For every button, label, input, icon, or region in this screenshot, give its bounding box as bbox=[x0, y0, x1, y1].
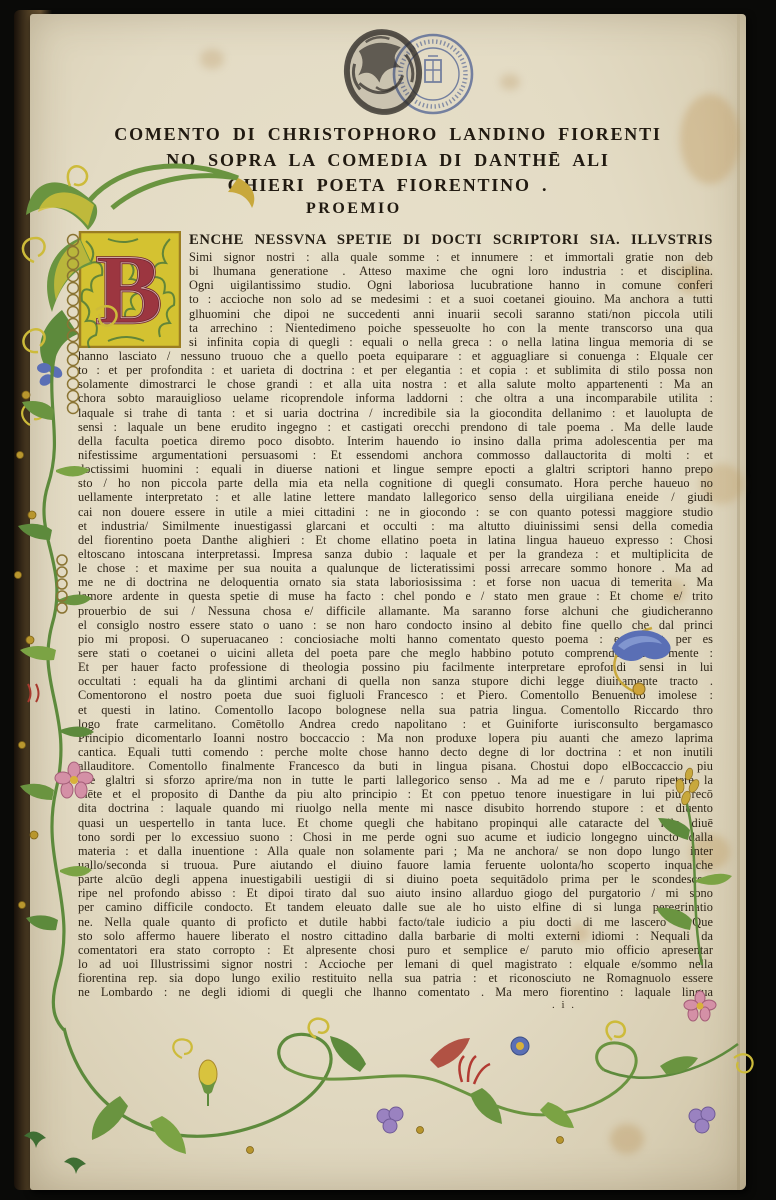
body-line: Simi signor nostri : alla quale somme : … bbox=[189, 250, 713, 264]
title-line: COMENTO DI CHRISTOPHORO LANDINO FIORENTI bbox=[88, 122, 688, 148]
body-line: tono sordi per lo excessiuo suono : Chos… bbox=[78, 830, 713, 844]
body-line: sto solo affermo hauere liberato el nost… bbox=[78, 929, 713, 943]
drop-cap-highlight: B bbox=[96, 234, 163, 345]
body-line: chora sobto marauiglioso uelame ricopren… bbox=[78, 391, 713, 405]
body-line: hanno lasciato / nessuno truouo che a qu… bbox=[78, 349, 713, 363]
body-line: uallo/seconda si truoua. Pure aiutando e… bbox=[78, 858, 713, 872]
body-line: le chose : et maxime per sua nouita a qu… bbox=[78, 561, 713, 575]
body-line: lamore ardente in questa spetie di muse … bbox=[78, 589, 713, 603]
title-line: NO SOPRA LA COMEDIA DI DANTHĒ ALI bbox=[88, 148, 688, 174]
section-heading: PROEMIO bbox=[306, 200, 402, 218]
body-line: et questi in latino. Comentollo Iacopo b… bbox=[78, 703, 713, 717]
body-line: che glaltri si sforzo aprire/ma non in t… bbox=[78, 773, 713, 787]
body-line: cantica. Equali tutti comendo : perche m… bbox=[78, 745, 713, 759]
body-line: ripe nel profondo abisso : Et dipoi tira… bbox=[78, 886, 713, 900]
body-line: doctissimi huomini : equali in diuerse n… bbox=[78, 462, 713, 476]
body-line: Ogni uigilantissimo studio. Ogni laborio… bbox=[189, 278, 713, 292]
body-line: ne Lombardo : ne degli idiomi di quegli … bbox=[78, 985, 713, 999]
body-line: della faculta poetica diremo poco disobt… bbox=[78, 434, 713, 448]
scanned-book-page: COMENTO DI CHRISTOPHORO LANDINO FIORENTI… bbox=[0, 0, 776, 1200]
body-line: Et per hauer facto professione di theolo… bbox=[78, 660, 713, 674]
body-line: ne. Nella quale quanto di proficto et du… bbox=[78, 915, 713, 929]
body-line: sere stati o coetanei o uicini alleta de… bbox=[78, 646, 713, 660]
body-line: et industria/ Similmente inuestigassi gl… bbox=[78, 519, 713, 533]
body-line: laquale si trahe di tanta : et si uaria … bbox=[78, 406, 713, 420]
foxing-stain bbox=[200, 49, 224, 69]
page-right-edge bbox=[737, 14, 740, 1190]
body-line: del fiorentino poeta Danthe alighieri : … bbox=[78, 533, 713, 547]
foxing-stain bbox=[610, 1124, 644, 1154]
body-line: to : et per profondita : et uarieta di d… bbox=[78, 363, 713, 377]
title-line: GHIERI POETA FIORENTINO . bbox=[88, 173, 688, 199]
body-line: uellamente interpretato : et alle latine… bbox=[78, 490, 713, 504]
body-line: solamente dimostrarci le chose grandi : … bbox=[78, 377, 713, 391]
body-line: si infinita copia di quegli : equali o n… bbox=[189, 335, 713, 349]
body-line: per camino difficile condocto. Et tandem… bbox=[78, 900, 713, 914]
body-line: to : accioche non solo ad se medesimi : … bbox=[189, 292, 713, 306]
body-line: Comentorono el nostro poeta due suoi fig… bbox=[78, 688, 713, 702]
body-line: nifestissime argumentationi persuasomi :… bbox=[78, 448, 713, 462]
text-block: B B ENCHE NESSVNA SPETIE DI DOCTI SCRIPT… bbox=[78, 230, 713, 999]
body-line: ta arrechino : Nientedimeno poiche spess… bbox=[189, 321, 713, 335]
body-line: pio mi proposi. O superuacaneo : concios… bbox=[78, 632, 713, 646]
body-line: occultati : equali ha da glintimi archan… bbox=[78, 674, 713, 688]
body-line: el consiglo nostro essere stato o uano :… bbox=[78, 618, 713, 632]
body-lines: hanno lasciato / nessuno truouo che a qu… bbox=[78, 349, 713, 999]
body-line: Principio dicomentarlo Ioanni nostro boc… bbox=[78, 731, 713, 745]
body-line: materia : et dalla inuentione : Alla qua… bbox=[78, 844, 713, 858]
body-line: logo frate carmelitano. Comētollo Andrea… bbox=[78, 717, 713, 731]
foxing-stain bbox=[500, 74, 520, 90]
body-line: allauditore. Comentollo finalmente Franc… bbox=[78, 759, 713, 773]
body-line: fiorentina rep. sia dopo lungo exilio re… bbox=[78, 971, 713, 985]
body-line: quasi un uespertello in tanta luce. Et c… bbox=[78, 816, 713, 830]
title-block: COMENTO DI CHRISTOPHORO LANDINO FIORENTI… bbox=[88, 122, 688, 199]
body-line: comentatori era stato corropto : Et alpr… bbox=[78, 943, 713, 957]
foxing-stain bbox=[680, 94, 740, 184]
body-line: eltoscano intoscana interpretassi. Impre… bbox=[78, 547, 713, 561]
body-line: sto / ho non piccola parte della mia eta… bbox=[78, 476, 713, 490]
body-line: cai non douere essere in utile a miei ci… bbox=[78, 505, 713, 519]
body-line: sensi : laquale un bene erudito ingegno … bbox=[78, 420, 713, 434]
body-line: me ne di doctrina ne deloquentia ornato … bbox=[78, 575, 713, 589]
quire-signature-mark: . i . bbox=[552, 999, 576, 1011]
body-line: mēte et el proposito di Danthe da piu al… bbox=[78, 787, 713, 801]
body-line: dita doctrina : laquale quando mi riuolg… bbox=[78, 801, 713, 815]
body-line: glhuomini che dipoi ne succedenti anni i… bbox=[189, 307, 713, 321]
opening-caps-line: ENCHE NESSVNA SPETIE DI DOCTI SCRIPTORI … bbox=[189, 230, 713, 250]
body-line: prouerbio de sui / Nessuna chosa e/ diff… bbox=[78, 604, 713, 618]
body-line: parte alcūo degli appena inuestigabili u… bbox=[78, 872, 713, 886]
illuminated-initial-B: B B bbox=[78, 231, 181, 348]
body-line: lo ad uoi Illustrissimi signor nostri : … bbox=[78, 957, 713, 971]
body-line: bi lhumana generatione . Atteso maxime c… bbox=[189, 264, 713, 278]
